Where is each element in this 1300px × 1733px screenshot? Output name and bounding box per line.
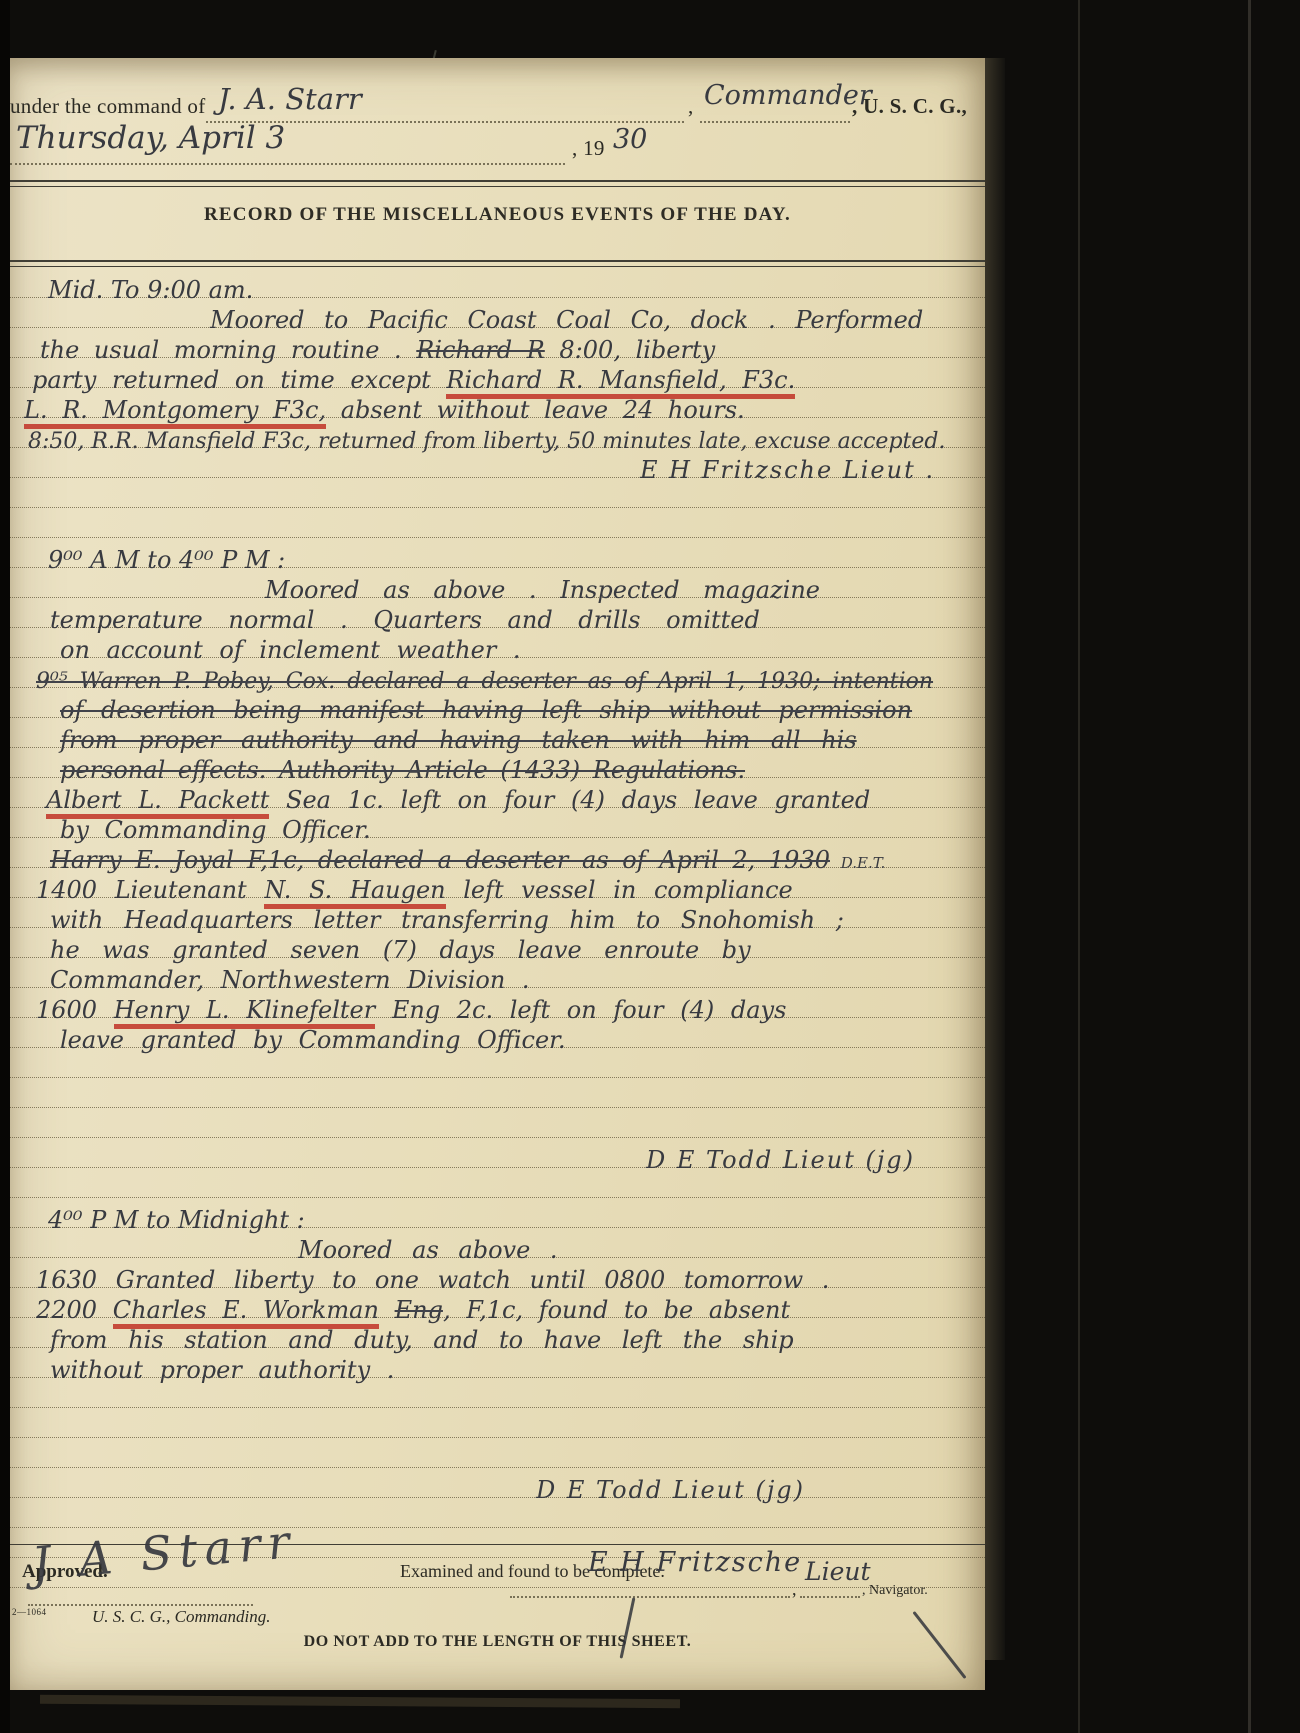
- log-line: Commander, Northwestern Division .: [10, 958, 985, 988]
- log-line: he was granted seven (7) days leave enro…: [10, 928, 985, 958]
- log-line: Moored as above .: [10, 1228, 985, 1258]
- year-handwritten: 30: [613, 124, 647, 155]
- log-line: [10, 1168, 985, 1198]
- examiner-rank-handwritten: Lieut: [805, 1557, 871, 1586]
- log-line: L. R. Montgomery F3c, absent without lea…: [10, 388, 985, 418]
- service-label: , U. S. C. G.,: [852, 94, 967, 119]
- approved-signature-line: [28, 1603, 253, 1606]
- log-line: from his station and duty, and to have l…: [10, 1318, 985, 1348]
- log-line: Mid. To 9:00 am.: [10, 268, 985, 298]
- form-number: 2—1064: [12, 1607, 47, 1617]
- day-date-handwritten: Thursday, April 3: [16, 120, 285, 156]
- log-line: [10, 1048, 985, 1078]
- rank-handwritten: Commander: [704, 80, 872, 111]
- page-title: RECORD OF THE MISCELLANEOUS EVENTS OF TH…: [10, 204, 985, 226]
- log-sheet: under the command of J. A. Starr , Comma…: [10, 58, 985, 1690]
- examiner-signature-line: [510, 1595, 790, 1598]
- log-line: 1630 Granted liberty to one watch until …: [10, 1258, 985, 1288]
- log-line: [10, 1498, 985, 1528]
- log-line: [10, 478, 985, 508]
- command-prefix-label: under the command of: [10, 94, 206, 119]
- examiner-signature: E H Fritzsche: [588, 1547, 802, 1578]
- double-rule-top: [10, 180, 985, 187]
- do-not-add-warning: DO NOT ADD TO THE LENGTH OF THIS SHEET.: [10, 1633, 985, 1651]
- book-spine: [0, 0, 10, 1733]
- log-line: 1600 Henry L. Klinefelter Eng 2c. left o…: [10, 988, 985, 1018]
- log-line: [10, 1108, 985, 1138]
- log-line: with Headquarters letter transferring hi…: [10, 898, 985, 928]
- double-rule-under-title: [10, 260, 985, 267]
- log-line: on account of inclement weather .: [10, 628, 985, 658]
- log-line: [10, 1378, 985, 1408]
- commanding-label: U. S. C. G., Commanding.: [92, 1607, 271, 1627]
- log-line: the usual morning routine . Richard R 8:…: [10, 328, 985, 358]
- log-line: D E Todd Lieut (jg): [10, 1468, 985, 1498]
- log-line: of desertion being manifest having left …: [10, 688, 985, 718]
- commander-name-handwritten: J. A. Starr: [218, 82, 362, 116]
- book-page-edge-faint: [1078, 0, 1080, 1733]
- log-line: 9⁰⁵ Warren P. Pobey, Cox. declared a des…: [10, 658, 985, 688]
- log-line: party returned on time except Richard R.…: [10, 358, 985, 388]
- log-line: temperature normal . Quarters and drills…: [10, 598, 985, 628]
- log-line: [10, 1408, 985, 1438]
- adjacent-page-bleed: [985, 58, 1005, 1660]
- rank-line: [800, 1595, 860, 1598]
- navigator-label: , Navigator.: [862, 1583, 928, 1599]
- footer-certification-area: Approved. J A Starr 2—1064 U. S. C. G., …: [10, 1544, 985, 1691]
- log-line: [10, 1438, 985, 1468]
- log-line: D E Todd Lieut (jg): [10, 1138, 985, 1168]
- under-page-edge: [40, 1695, 680, 1708]
- date-blank-line: [10, 162, 565, 165]
- log-line: from proper authority and having taken w…: [10, 718, 985, 748]
- log-line: Harry E. Joyal F,1c, declared a deserter…: [10, 838, 985, 868]
- log-line: E H Fritzsche Lieut .: [10, 448, 985, 478]
- log-entries-area: Mid. To 9:00 am.Moored to Pacific Coast …: [10, 268, 985, 1588]
- log-line: 4⁰⁰ P M to Midnight :: [10, 1198, 985, 1228]
- log-line: by Commanding Officer.: [10, 808, 985, 838]
- log-line: without proper authority .: [10, 1348, 985, 1378]
- log-line: Moored as above . Inspected magazine: [10, 568, 985, 598]
- rank-blank-line: [700, 120, 850, 123]
- log-line: [10, 508, 985, 538]
- log-line: 8:50, R.R. Mansfield F3c, returned from …: [10, 418, 985, 448]
- book-page-edge: [1248, 0, 1251, 1733]
- comma-print: ,: [792, 1579, 797, 1600]
- year-print: , 19: [572, 136, 605, 161]
- log-line: 9⁰⁰ A M to 4⁰⁰ P M :: [10, 538, 985, 568]
- comma-print: ,: [688, 94, 694, 119]
- log-line: [10, 1078, 985, 1108]
- log-line: Moored to Pacific Coast Coal Co, dock . …: [10, 298, 985, 328]
- log-line: Albert L. Packett Sea 1c. left on four (…: [10, 778, 985, 808]
- log-line: 1400 Lieutenant N. S. Haugen left vessel…: [10, 868, 985, 898]
- log-line: 2200 Charles E. Workman Eng, F,1c, found…: [10, 1288, 985, 1318]
- log-line: leave granted by Commanding Officer.: [10, 1018, 985, 1048]
- log-line: personal effects. Authority Article (143…: [10, 748, 985, 778]
